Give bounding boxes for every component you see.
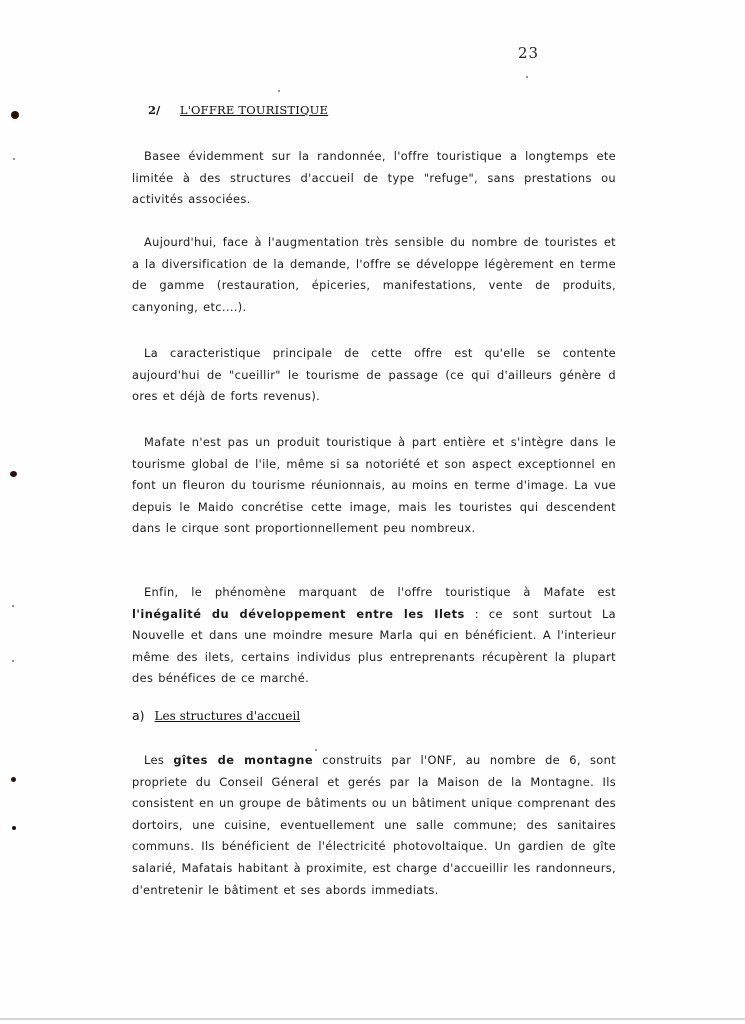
punch-hole-mark <box>11 777 16 782</box>
paragraph-text: Enfin, le phénomène marquant de l'offre … <box>144 585 616 599</box>
scanned-document-page: 23 2/ L'OFFRE TOURISTIQUE Basee évidemme… <box>0 0 745 1024</box>
paragraph-text: construits par l'ONF, au nombre de 6, so… <box>132 753 616 897</box>
section-heading: 2/ L'OFFRE TOURISTIQUE <box>148 103 328 117</box>
subsection-title: Les structures d'accueil <box>155 709 301 723</box>
subsection-heading: a) Les structures d'accueil <box>132 708 300 723</box>
paragraph: Basee évidemment sur la randonnée, l'off… <box>132 146 616 211</box>
paragraph-emphasis: l'inégalité du développement entre les I… <box>132 607 465 621</box>
section-number: 2/ <box>148 103 160 117</box>
page-number: 23 <box>518 44 539 62</box>
scan-speck <box>526 76 528 78</box>
page-bottom-edge <box>0 1018 745 1020</box>
paragraph-emphasis: gîtes de montagne <box>173 753 313 767</box>
paragraph: Les gîtes de montagne construits par l'O… <box>132 750 616 901</box>
scan-speck <box>278 90 280 92</box>
paragraph: Enfin, le phénomène marquant de l'offre … <box>132 582 616 690</box>
paragraph-text: Mafate n'est pas un produit touristique … <box>132 435 616 535</box>
paragraph-text: Basee évidemment sur la randonnée, l'off… <box>132 149 616 206</box>
punch-hole-mark <box>12 826 16 830</box>
subsection-letter: a) <box>132 708 145 723</box>
scan-speck <box>12 605 14 607</box>
punch-hole-mark <box>11 111 19 119</box>
paragraph: Aujourd'hui, face à l'augmentation très … <box>132 232 616 318</box>
section-title: L'OFFRE TOURISTIQUE <box>180 103 328 117</box>
paragraph: Mafate n'est pas un produit touristique … <box>132 432 616 540</box>
paragraph: La caracteristique principale de cette o… <box>132 343 616 408</box>
paragraph-text: Aujourd'hui, face à l'augmentation très … <box>132 235 616 314</box>
punch-hole-mark <box>10 471 17 477</box>
scan-speck <box>13 158 15 160</box>
paragraph-text: La caracteristique principale de cette o… <box>132 346 616 403</box>
paragraph-text: Les <box>144 753 173 767</box>
scan-speck <box>12 660 14 662</box>
